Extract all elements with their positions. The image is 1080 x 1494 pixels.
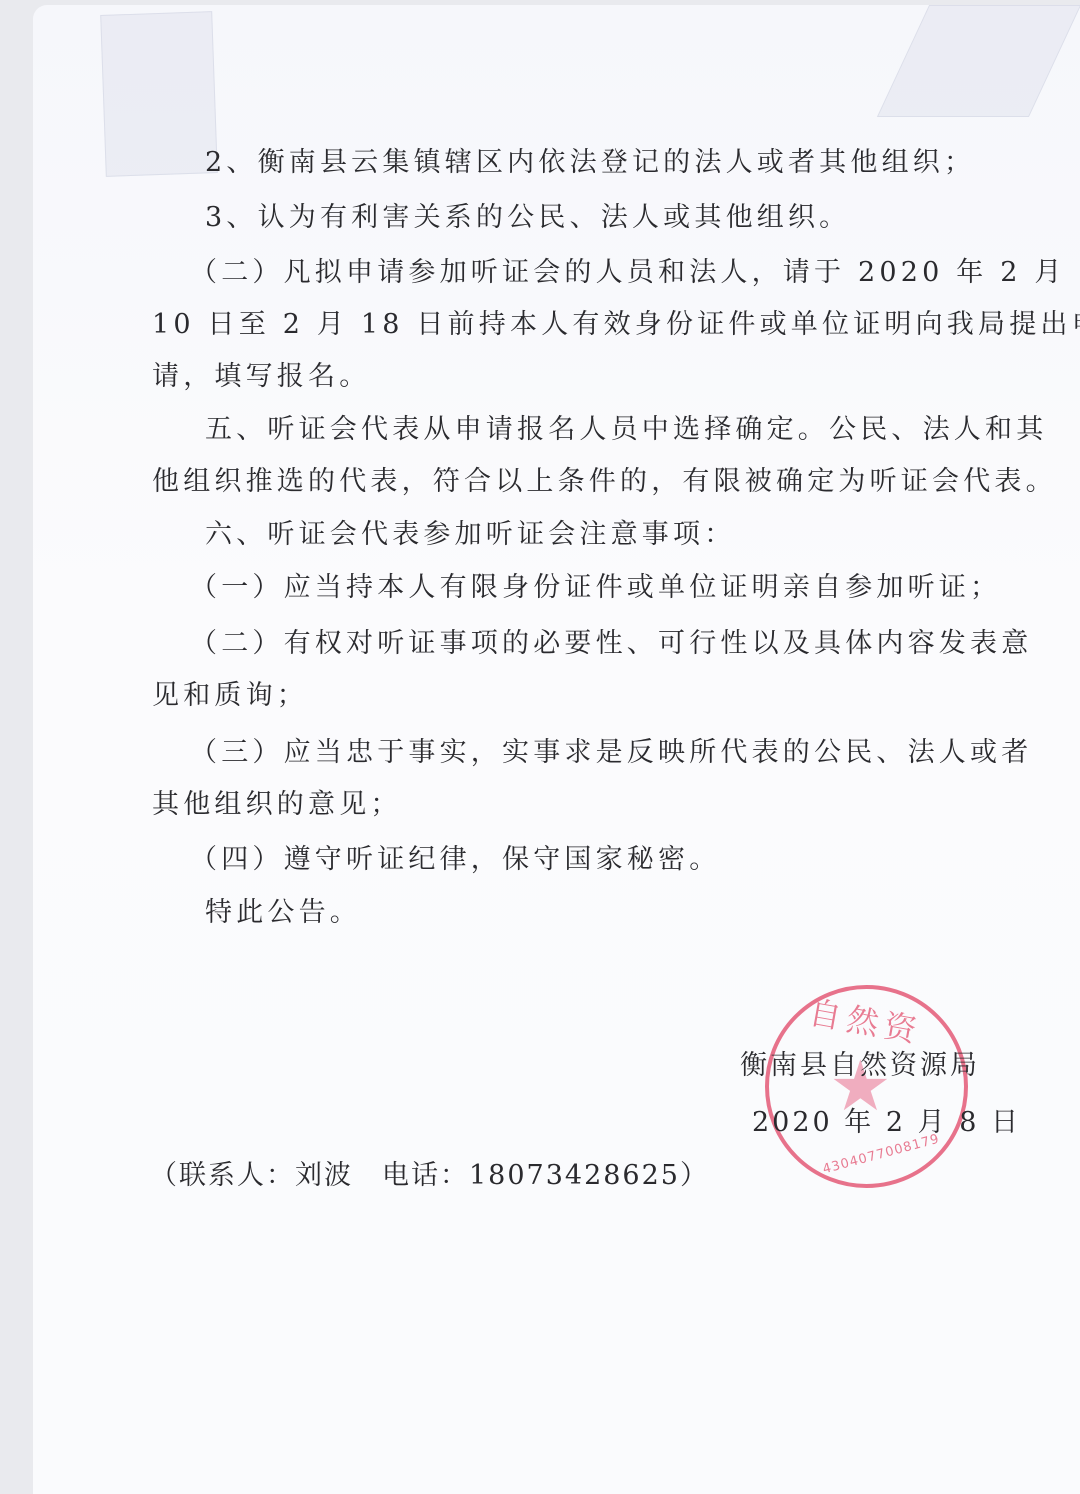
body-line: 请，填写报名。 bbox=[152, 354, 370, 393]
body-line: 见和质询； bbox=[152, 673, 308, 712]
body-line: 六、听证会代表参加听证会注意事项： bbox=[205, 512, 735, 551]
issue-date: 2020 年 2 月 8 日 bbox=[752, 1100, 1021, 1139]
body-line: （二）有权对听证事项的必要性、可行性以及具体内容发表意 bbox=[190, 621, 1032, 660]
body-line: （二）凡拟申请参加听证会的人员和法人，请于 2020 年 2 月 bbox=[190, 250, 1066, 289]
body-line: （一）应当持本人有限身份证件或单位证明亲自参加听证； bbox=[190, 565, 1001, 604]
body-line: 五、听证会代表从申请报名人员中选择确定。公民、法人和其 bbox=[205, 407, 1047, 446]
body-line: 2、衡南县云集镇辖区内依法登记的法人或者其他组织； bbox=[205, 140, 975, 179]
tape-strip bbox=[100, 11, 218, 177]
contact-info: （联系人：刘波 电话：18073428625） bbox=[150, 1153, 709, 1192]
body-line: 他组织推选的代表，符合以上条件的，有限被确定为听证会代表。 bbox=[152, 459, 1057, 498]
body-line: 特此公告。 bbox=[205, 890, 361, 929]
body-line: （四）遵守听证纪律，保守国家秘密。 bbox=[190, 837, 720, 876]
official-seal: 自然资 ★ 4304077008179 bbox=[765, 985, 968, 1188]
issuer-name: 衡南县自然资源局 bbox=[740, 1043, 980, 1082]
body-line: 10 日至 2 月 18 日前持本人有效身份证件或单位证明向我局提出申 bbox=[152, 302, 1080, 341]
body-line: （三）应当忠于事实，实事求是反映所代表的公民、法人或者 bbox=[190, 730, 1032, 769]
tape-strip bbox=[877, 5, 1080, 117]
body-line: 3、认为有利害关系的公民、法人或其他组织。 bbox=[205, 195, 850, 234]
body-line: 其他组织的意见； bbox=[152, 782, 402, 821]
